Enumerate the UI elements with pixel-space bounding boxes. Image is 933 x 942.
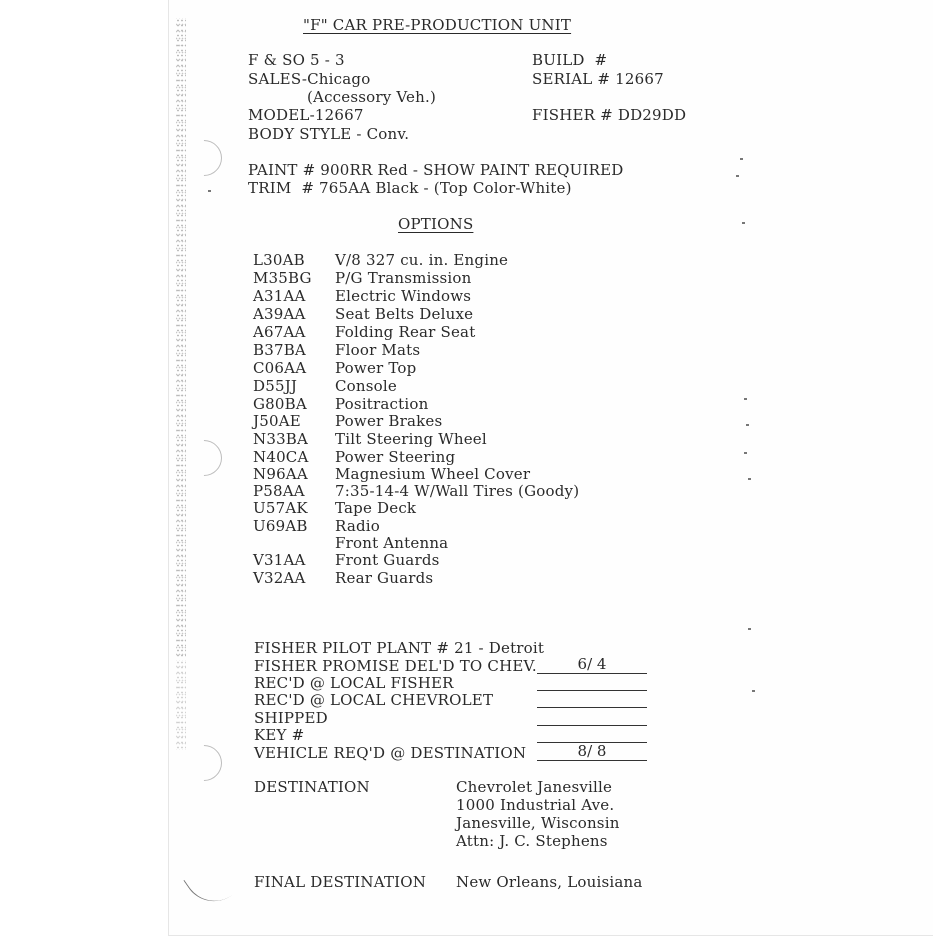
scan-speck [740, 158, 743, 160]
tracking-label: REC'D @ LOCAL FISHER [254, 674, 454, 692]
option-desc: Tilt Steering Wheel [335, 430, 487, 448]
option-desc: Floor Mats [335, 341, 420, 359]
scan-speck [748, 478, 751, 480]
option-desc: Power Top [335, 359, 416, 377]
tracking-label: SHIPPED [254, 709, 328, 727]
option-code: A31AA [253, 287, 306, 305]
tracking-value: 8/ 8 [537, 743, 647, 761]
option-code: V31AA [253, 551, 306, 569]
option-code: C06AA [253, 359, 306, 377]
tracking-value: 6/ 4 [537, 656, 647, 674]
option-desc: 7:35-14-4 W/Wall Tires (Goody) [335, 482, 579, 500]
option-code: B37BA [253, 341, 306, 359]
tracking-value [537, 690, 647, 708]
option-code: M35BG [253, 269, 312, 287]
option-code: N40CA [253, 448, 309, 466]
option-desc: P/G Transmission [335, 269, 471, 287]
vehicle-type: (Accessory Veh.) [307, 88, 436, 106]
option-desc: Front Antenna [335, 534, 448, 552]
scan-speck [744, 452, 747, 454]
option-code: A67AA [253, 323, 306, 341]
tracking-label: FISHER PROMISE DEL'D TO CHEV. [254, 657, 537, 675]
destination-line: Chevrolet Janesville [456, 778, 612, 796]
scan-speck [736, 175, 739, 177]
option-code: L30AB [253, 251, 305, 269]
scan-speck [752, 690, 755, 692]
final-destination-value: New Orleans, Louisiana [456, 873, 642, 891]
trim-spec: TRIM # 765AA Black - (Top Color-White) [248, 179, 572, 197]
destination-label: DESTINATION [254, 778, 370, 796]
option-desc: Power Steering [335, 448, 455, 466]
option-desc: Magnesium Wheel Cover [335, 465, 530, 483]
option-desc: Tape Deck [335, 499, 416, 517]
final-destination-label: FINAL DESTINATION [254, 873, 426, 891]
option-desc: Folding Rear Seat [335, 323, 475, 341]
option-desc: Front Guards [335, 551, 440, 569]
tracking-value [537, 708, 647, 726]
option-desc: Electric Windows [335, 287, 471, 305]
body-style: BODY STYLE - Conv. [248, 125, 409, 143]
option-code: N33BA [253, 430, 308, 448]
tracking-value [537, 725, 647, 743]
fisher-number: FISHER # DD29DD [532, 106, 686, 124]
option-code: U57AK [253, 499, 308, 517]
option-desc: Seat Belts Deluxe [335, 305, 473, 323]
option-code: A39AA [253, 305, 306, 323]
scan-edge-artifact [176, 18, 186, 658]
option-desc: Positraction [335, 395, 428, 413]
option-code: V32AA [253, 569, 306, 587]
destination-line: Attn: J. C. Stephens [456, 832, 608, 850]
sales-zone: SALES-Chicago [248, 70, 370, 88]
option-desc: Rear Guards [335, 569, 433, 587]
tracking-label: VEHICLE REQ'D @ DESTINATION [254, 744, 526, 762]
tracking-value [537, 673, 647, 691]
build-number: BUILD # [532, 51, 607, 69]
option-desc: Radio [335, 517, 380, 535]
serial-number: SERIAL # 12667 [532, 70, 664, 88]
option-code: U69AB [253, 517, 308, 535]
tracking-label: REC'D @ LOCAL CHEVROLET [254, 691, 493, 709]
option-code: N96AA [253, 465, 308, 483]
scan-speck [744, 398, 747, 400]
scan-edge-artifact [176, 660, 186, 750]
option-code: J50AE [253, 412, 301, 430]
scan-speck [748, 628, 751, 630]
destination-line: 1000 Industrial Ave. [456, 796, 614, 814]
option-desc: Power Brakes [335, 412, 442, 430]
order-number: F & SO 5 - 3 [248, 51, 345, 69]
option-desc: Console [335, 377, 397, 395]
pilot-plant: FISHER PILOT PLANT # 21 - Detroit [254, 639, 544, 657]
destination-line: Janesville, Wisconsin [456, 814, 620, 832]
option-code: P58AA [253, 482, 305, 500]
scan-speck [742, 222, 745, 224]
option-code: G80BA [253, 395, 307, 413]
tracking-label: KEY # [254, 726, 304, 744]
options-heading: OPTIONS [398, 215, 473, 233]
scan-speck [746, 424, 749, 426]
option-desc: V/8 327 cu. in. Engine [335, 251, 508, 269]
model-number: MODEL-12667 [248, 106, 364, 124]
paint-spec: PAINT # 900RR Red - SHOW PAINT REQUIRED [248, 161, 623, 179]
scan-speck [208, 190, 211, 192]
option-code: D55JJ [253, 377, 297, 395]
document-title: "F" CAR PRE-PRODUCTION UNIT [303, 16, 571, 34]
